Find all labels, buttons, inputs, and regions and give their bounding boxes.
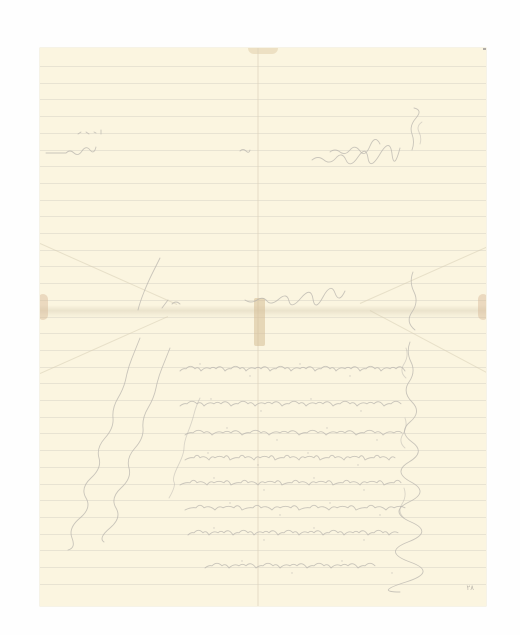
diacritic-dot <box>313 527 314 528</box>
body-line-handwriting: [illegible handwritten line 3] <box>185 430 402 435</box>
body-line-handwriting: [illegible handwritten line 5] <box>180 480 401 485</box>
diacritic-dot <box>199 363 200 364</box>
diacritic-dot <box>326 427 327 428</box>
diacritic-dot <box>357 464 358 465</box>
diacritic-dot <box>329 502 330 503</box>
diacritic-dot <box>213 527 214 528</box>
diacritic-dot <box>210 398 211 399</box>
diacritic-dot <box>263 539 264 540</box>
diacritic-dot <box>257 464 258 465</box>
diacritic-dot <box>291 572 292 573</box>
body-line-handwriting: [illegible handwritten line 2] <box>180 401 401 406</box>
diacritic-dot <box>276 439 277 440</box>
diacritic-dot <box>379 514 380 515</box>
handwriting-layer: [illegible handwritten line 1][illegible… <box>40 48 486 606</box>
diacritic-dot <box>260 410 261 411</box>
left-margin-note <box>68 258 200 550</box>
diacritic-dot <box>307 452 308 453</box>
diacritic-dot <box>249 375 250 376</box>
diacritic-dot <box>279 514 280 515</box>
page-number-mark: ۲۸ <box>466 584 474 592</box>
header-left-date <box>46 130 101 155</box>
diacritic-dot <box>349 375 350 376</box>
salutation-handwriting <box>162 288 345 308</box>
diacritic-dot <box>363 489 364 490</box>
right-margin-note <box>388 272 423 592</box>
diacritic-dot <box>207 452 208 453</box>
letter-sheet: [illegible handwritten line 1][illegible… <box>40 48 486 606</box>
diacritic-dot <box>310 398 311 399</box>
corner-mark <box>483 48 486 50</box>
diacritic-dot <box>313 477 314 478</box>
scan-background: [illegible handwritten line 1][illegible… <box>0 0 520 635</box>
diacritic-dot <box>263 489 264 490</box>
diacritic-dot <box>360 410 361 411</box>
diacritic-dot <box>213 477 214 478</box>
diacritic-dot <box>241 560 242 561</box>
body-line-handwriting: [illegible handwritten line 7] <box>188 530 398 535</box>
body-line-handwriting: [illegible handwritten line 6] <box>185 505 405 510</box>
diacritic-dot <box>376 439 377 440</box>
body-line-handwriting: [illegible handwritten line 4] <box>185 455 395 460</box>
header-center-mark <box>240 150 250 153</box>
diacritic-dot <box>391 572 392 573</box>
body-line-handwriting: [illegible handwritten line 1] <box>180 366 405 371</box>
body-line-handwriting: [illegible handwritten line 8] <box>205 563 375 568</box>
diacritic-dot <box>226 427 227 428</box>
body-handwriting: [illegible handwritten line 1][illegible… <box>180 363 405 573</box>
header-right-handwriting <box>312 108 422 164</box>
diacritic-dot <box>229 502 230 503</box>
diacritic-dot <box>341 560 342 561</box>
diacritic-dot <box>299 363 300 364</box>
diacritic-dot <box>363 539 364 540</box>
